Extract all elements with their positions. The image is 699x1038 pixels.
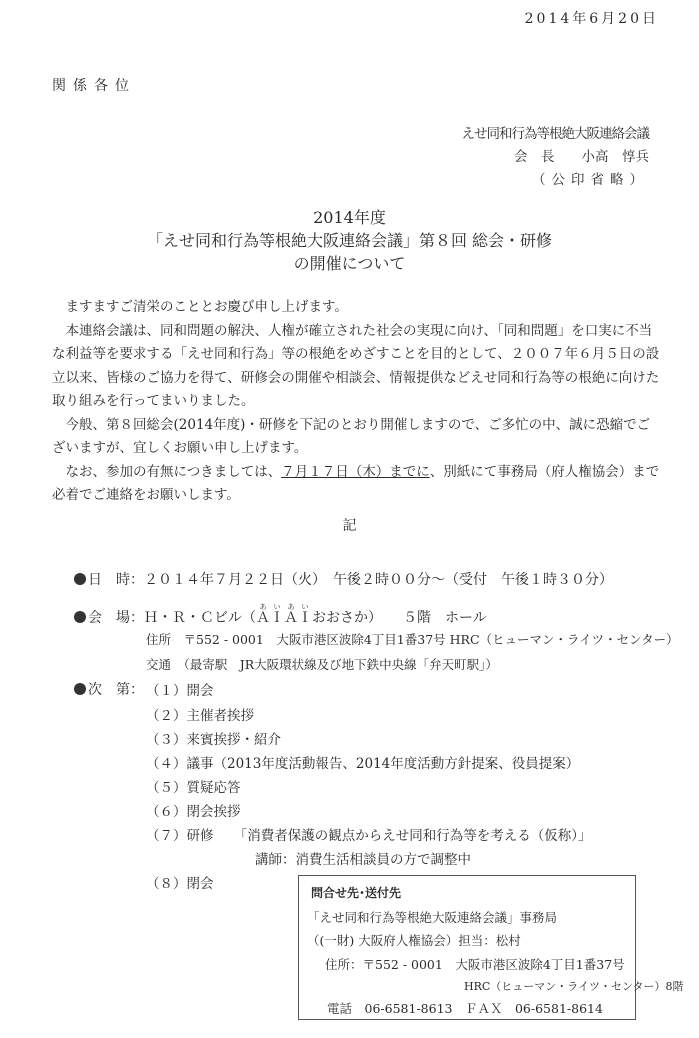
contact-building: HRC（ヒューマン・ライツ・センター）8階 bbox=[464, 978, 684, 994]
datetime-row: 日 時：２０１４年７月２２日（火） 午後２時００分～（受付 午後１時３０分） bbox=[74, 569, 613, 589]
contact-office: 「えせ同和行為等根絶大阪連絡会議」事務局 bbox=[307, 908, 557, 926]
contact-person: （(一財) 大阪府人権協会）担当：松村 bbox=[307, 931, 521, 949]
agenda-item: （３）来賓挨拶・紹介 bbox=[146, 728, 281, 748]
venue-ruby: あいあい bbox=[256, 603, 312, 611]
agenda-item: （１）開会 bbox=[146, 679, 214, 699]
sender-organization: えせ同和行為等根絶大阪連絡会議 bbox=[462, 122, 650, 142]
agenda-item: （８）閉会 bbox=[146, 872, 214, 892]
agenda-item: （７）研修 「消費者保護の観点からえせ同和行為等を考える（仮称）」 bbox=[146, 824, 592, 844]
datetime-label: 日 時： bbox=[88, 572, 144, 588]
title-year: 2014年度 bbox=[0, 205, 699, 228]
title-main: 「えせ同和行為等根絶大阪連絡会議」第８回 総会・研修 bbox=[0, 228, 699, 251]
addressee: 関係各位 bbox=[52, 75, 136, 95]
sender-chair: 会 長 小高 惇兵 bbox=[514, 145, 649, 165]
rsvp-text-before: なお、参加の有無につきましては、 bbox=[66, 464, 282, 480]
seal-note: （公印省略） bbox=[532, 168, 649, 188]
venue-value-after: おおさか） ５階 ホール bbox=[312, 610, 487, 626]
bullet-icon bbox=[74, 573, 86, 585]
agenda-lecturer: 講師：消費生活相談員の方で調整中 bbox=[255, 848, 471, 868]
venue-aiai: ＡＩＡＩあいあい bbox=[256, 610, 312, 626]
document-date: 2014年6月20日 bbox=[525, 8, 659, 28]
contact-title: 問合せ先･送付先 bbox=[311, 884, 401, 901]
agenda-item: （５）質疑応答 bbox=[146, 776, 241, 796]
venue-transit: 交通 （最寄駅 JR大阪環状線及び地下鉄中央線「弁天町駅」） bbox=[146, 655, 498, 673]
venue-row: 会 場：Ｈ・Ｒ・Ｃビル（ＡＩＡＩあいあいおおさか） ５階 ホール bbox=[74, 603, 487, 627]
title-sub: の開催について bbox=[0, 251, 699, 274]
bullet-icon bbox=[74, 683, 86, 695]
announcement-paragraph: 今般、第８回総会(2014年度)・研修を下記のとおり開催しますので、ご多忙の中、… bbox=[52, 414, 662, 461]
bullet-icon bbox=[74, 611, 86, 623]
datetime-value: ２０１４年７月２２日（火） 午後２時００分～（受付 午後１時３０分） bbox=[144, 572, 613, 588]
venue-address: 住所 〒552 - 0001 大阪市港区波除4丁目1番37号 HRC（ヒューマン… bbox=[146, 630, 679, 648]
rsvp-deadline: ７月１７日（木）までに bbox=[281, 464, 430, 480]
contact-phone-fax: 電話 06-6581-8613 ＦＡＸ 06-6581-8614 bbox=[327, 999, 603, 1017]
venue-label: 会 場： bbox=[88, 610, 144, 626]
contact-box: 問合せ先･送付先 「えせ同和行為等根絶大阪連絡会議」事務局 （(一財) 大阪府人… bbox=[298, 875, 636, 1020]
rsvp-paragraph: なお、参加の有無につきましては、７月１７日（木）までに、別紙にて事務局（府人権協… bbox=[52, 461, 662, 508]
venue-value-before: Ｈ・Ｒ・Ｃビル（ bbox=[144, 610, 256, 626]
agenda-item: （６）閉会挨拶 bbox=[146, 800, 241, 820]
greeting-paragraph: ますますご清栄のこととお慶び申し上げます。 bbox=[52, 296, 662, 320]
purpose-paragraph: 本連絡会議は、同和問題の解決、人権が確立された社会の実現に向け、「同和問題」を口… bbox=[52, 320, 662, 414]
contact-address: 住所：〒552 - 0001 大阪市港区波除4丁目1番37号 bbox=[325, 955, 625, 973]
body-text: ますますご清栄のこととお慶び申し上げます。 本連絡会議は、同和問題の解決、人権が… bbox=[52, 296, 662, 508]
notice-heading: 記 bbox=[0, 515, 699, 535]
agenda-item: （４）議事（2013年度活動報告、2014年度活動方針提案、役員提案） bbox=[146, 752, 579, 772]
agenda-item: （２）主催者挨拶 bbox=[146, 704, 254, 724]
agenda-label: 次 第： bbox=[88, 682, 144, 698]
agenda-label-row: 次 第： bbox=[74, 679, 144, 699]
